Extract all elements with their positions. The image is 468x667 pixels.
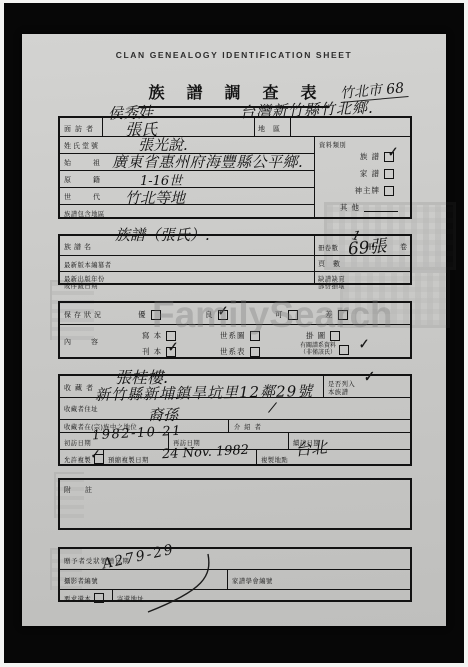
- category-label: 資料類別: [319, 140, 346, 149]
- handwritten-generations: 1-16世: [140, 175, 182, 188]
- listed-checkmark: ✓: [362, 369, 375, 386]
- coverage-label: 族譜包含地區: [64, 209, 105, 218]
- copy-permission-checkmark: ✓: [89, 447, 100, 461]
- notes-label: 附 註: [64, 485, 98, 495]
- interviewer-label: 面訪者: [64, 124, 97, 134]
- category-option-ancestral-tablet: 神主牌: [355, 185, 395, 196]
- clan-genealogy-checkmark: ✓: [386, 144, 398, 160]
- origin-label: 原 籍: [64, 175, 110, 185]
- generations-label: 世 代: [64, 192, 110, 202]
- collector-address-label: 收藏者住址: [64, 404, 98, 413]
- printed-checkmark: ✓: [166, 339, 178, 355]
- handwritten-page-count: 69張: [347, 238, 387, 258]
- content-lineage-table: 世系表: [220, 346, 260, 357]
- notes-table: 附 註: [58, 478, 412, 530]
- preface-date-label: 或序跋日期: [64, 281, 98, 290]
- listed-label-line2: 本族譜: [328, 387, 348, 396]
- handwritten-collector-name: 張桂樓.: [115, 370, 168, 386]
- scroll-unit-label: 卷: [400, 242, 408, 252]
- society-number-label: 家譜學會編號: [232, 576, 273, 585]
- collector-label: 收藏者: [64, 383, 97, 393]
- category-option-other: 其 他: [340, 202, 398, 213]
- return-address-label: 寄還地址: [117, 594, 144, 603]
- other-fill-line: [364, 203, 398, 212]
- area-label: 地 區: [258, 124, 283, 134]
- photographer-number-label: 攝影者編號: [64, 576, 98, 585]
- content-related-materials: 有關譜系資料 （非僅該氏）: [300, 343, 349, 357]
- request-return-checkbox: [94, 593, 104, 603]
- related-materials-checkmark: ✓: [357, 336, 369, 352]
- genealogy-name-label: 族譜名: [64, 242, 94, 252]
- request-return: 要求還本: [64, 593, 104, 603]
- related-materials-checkbox: [339, 345, 349, 355]
- familysearch-watermark: FamilySearch: [152, 294, 393, 336]
- sheet-title-english: CLAN GENEALOGY IDENTIFICATION SHEET: [22, 50, 446, 60]
- handwritten-coverage: 竹北等地: [125, 191, 185, 206]
- pages-label: 頁 數: [318, 259, 343, 269]
- scanned-page: CLAN GENEALOGY IDENTIFICATION SHEET 族 譜 …: [22, 34, 446, 626]
- first-visit-label: 初訪日期: [64, 438, 91, 447]
- microfilm-date-label: 預縮複製日期: [108, 455, 149, 464]
- lineage-table-checkbox: [250, 347, 260, 357]
- latest-editor-label: 最新版本編纂者: [64, 260, 112, 269]
- scanned-genealogy-sheet: { "watermark": "FamilySearch", "glyphs":…: [0, 0, 468, 667]
- ancestral-tablet-checkbox: [384, 186, 394, 196]
- handwritten-founder: 張光說.: [138, 138, 188, 153]
- copy-place-label: 複製地點: [261, 455, 288, 464]
- handwritten-origin: 廣東省惠州府海豐縣公平鄉.: [112, 155, 303, 170]
- related-materials-label-line1: 有關譜系資料: [300, 343, 336, 350]
- content-label: 內 容: [64, 337, 107, 347]
- introducer-label: 介紹者: [234, 422, 265, 431]
- handwritten-collector-position: 裔孫: [148, 408, 178, 423]
- handwritten-genealogy-name: 族譜（張氏）.: [115, 228, 210, 243]
- handwritten-copy-place: 台北: [294, 439, 328, 458]
- condition-label: 保存狀況: [64, 310, 104, 320]
- family-genealogy-checkbox: [384, 169, 394, 179]
- surname-hall-label: 姓氏堂號: [64, 141, 100, 151]
- category-option-family-genealogy: 家 譜: [360, 168, 394, 179]
- handwritten-collector-address: 新竹縣新埔鎮旱坑里12鄰29號: [95, 384, 313, 403]
- related-materials-label-line2: （非僅該氏）: [300, 350, 336, 357]
- founder-label: 始 祖: [64, 158, 110, 168]
- volume-count-label: 冊卷數: [318, 243, 338, 252]
- partial-damage-label: 部份損壞: [318, 281, 345, 290]
